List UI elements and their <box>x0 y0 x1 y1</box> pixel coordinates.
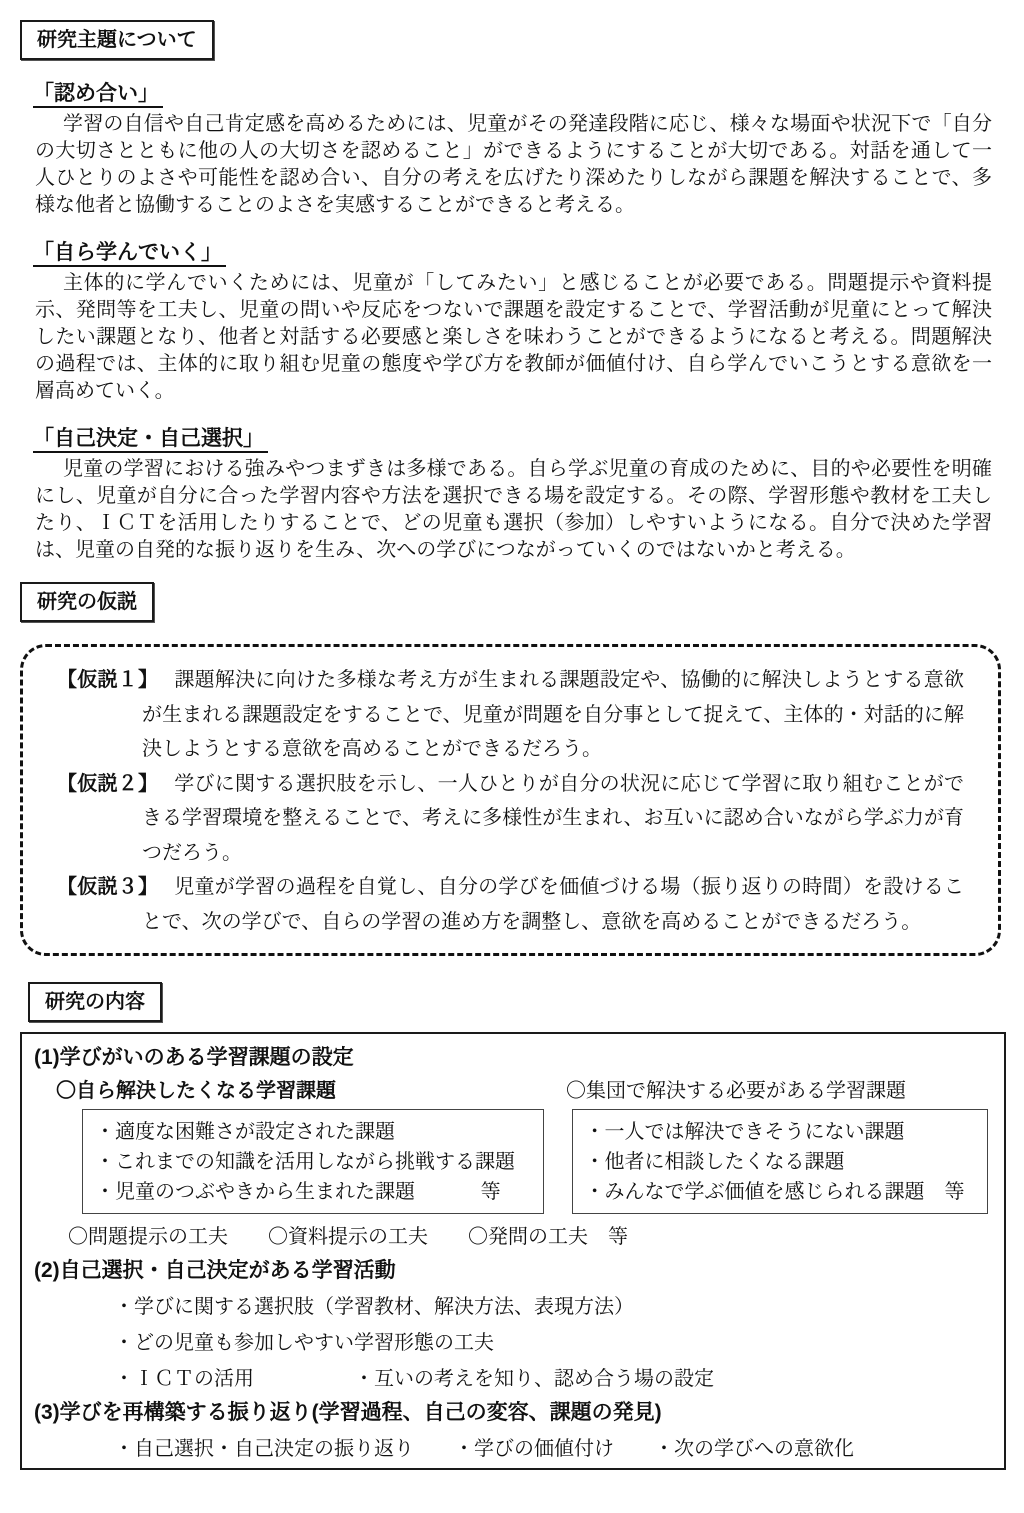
subheading-group-solve-tasks: 〇集団で解決する必要がある学習課題 <box>566 1078 906 1104</box>
heading-mutual-recognition: 「認め合い」 <box>33 80 1024 107</box>
self-solve-tasks-box: ・適度な困難さが設定された課題 ・これまでの知識を活用しながら挑戦する課題 ・児… <box>82 1109 544 1214</box>
hypothesis-1-label: 【仮説１】 <box>57 669 158 691</box>
devices-line: 〇問題提示の工夫 〇資料提示の工夫 〇発問の工夫 等 <box>68 1223 988 1251</box>
content-heading-3: (3)学びを再構築する振り返り(学習過程、自己の変容、課題の発見) <box>34 1399 988 1427</box>
list-item: ・自己選択・自己決定の振り返り ・学びの価値付け ・次の学びへの意欲化 <box>114 1436 988 1463</box>
content-heading-1: (1)学びがいのある学習課題の設定 <box>34 1044 988 1072</box>
task-subheadings-row: 〇自ら解決したくなる学習課題 〇集団で解決する必要がある学習課題 <box>56 1078 988 1104</box>
hypothesis-item-3: 【仮説３】児童が学習の過程を自覚し、自分の学びを価値づける場（振り返りの時間）を… <box>57 870 964 939</box>
list-item: ・児童のつぶやきから生まれた課題 等 <box>95 1177 529 1207</box>
section-title-box-hypothesis: 研究の仮説 <box>20 582 154 622</box>
hypothesis-box: 【仮説１】課題解決に向けた多様な考え方が生まれる課題設定や、協働的に解決しようと… <box>20 644 1001 956</box>
section-title-box-content: 研究の内容 <box>28 982 162 1022</box>
list-item: ・ＩＣＴの活用 ・互いの考えを知り、認め合う場の設定 <box>114 1366 988 1393</box>
paragraph-self-learning: 主体的に学んでいくためには、児童が「してみたい」と感じることが必要である。問題提… <box>35 270 992 405</box>
group-solve-tasks-box: ・一人では解決できそうにない課題 ・他者に相談したくなる課題 ・みんなで学ぶ価値… <box>572 1109 988 1214</box>
heading-mutual-recognition-label: 「認め合い」 <box>33 82 163 108</box>
heading-self-decision-label: 「自己決定・自己選択」 <box>33 427 268 453</box>
task-example-boxes: ・適度な困難さが設定された課題 ・これまでの知識を活用しながら挑戦する課題 ・児… <box>82 1109 988 1214</box>
heading-self-learning-label: 「自ら学んでいく」 <box>33 241 226 267</box>
list-item: ・みんなで学ぶ価値を感じられる課題 等 <box>585 1177 973 1207</box>
heading-self-decision: 「自己決定・自己選択」 <box>33 425 1024 452</box>
section-title-box-theme: 研究主題について <box>20 20 214 60</box>
hypothesis-3-label: 【仮説３】 <box>57 876 158 898</box>
list-item: ・他者に相談したくなる課題 <box>585 1147 973 1177</box>
section-title-content-label: 研究の内容 <box>45 991 145 1013</box>
list-item: ・学びに関する選択肢（学習教材、解決方法、表現方法） <box>114 1294 988 1321</box>
etc-label: 等 <box>481 1177 501 1207</box>
list-item: ・適度な困難さが設定された課題 <box>95 1117 529 1147</box>
content-heading-2: (2)自己選択・自己決定がある学習活動 <box>34 1257 988 1285</box>
hypothesis-2-label: 【仮説２】 <box>57 773 158 795</box>
list-item: ・どの児童も参加しやすい学習形態の工夫 <box>114 1330 988 1357</box>
subheading-self-solve-tasks: 〇自ら解決したくなる学習課題 <box>56 1078 566 1104</box>
list-item-text: ・児童のつぶやきから生まれた課題 <box>95 1177 415 1207</box>
research-content-box: (1)学びがいのある学習課題の設定 〇自ら解決したくなる学習課題 〇集団で解決す… <box>20 1032 1006 1470</box>
list-item: ・これまでの知識を活用しながら挑戦する課題 <box>95 1147 529 1177</box>
hypothesis-1-text: 課題解決に向けた多様な考え方が生まれる課題設定や、協働的に解決しようとする意欲が… <box>142 669 964 760</box>
list-item: ・一人では解決できそうにない課題 <box>585 1117 973 1147</box>
hypothesis-3-text: 児童が学習の過程を自覚し、自分の学びを価値づける場（振り返りの時間）を設けること… <box>142 876 964 933</box>
section-title-theme-label: 研究主題について <box>37 29 197 51</box>
hypothesis-item-2: 【仮説２】学びに関する選択肢を示し、一人ひとりが自分の状況に応じて学習に取り組む… <box>57 767 964 871</box>
paragraph-mutual-recognition: 学習の自信や自己肯定感を高めるためには、児童がその発達段階に応じ、様々な場面や状… <box>35 111 992 219</box>
hypothesis-2-text: 学びに関する選択肢を示し、一人ひとりが自分の状況に応じて学習に取り組むことができ… <box>142 773 964 864</box>
heading-self-learning: 「自ら学んでいく」 <box>33 239 1024 266</box>
document-page: 研究主題について 「認め合い」 学習の自信や自己肯定感を高めるためには、児童がそ… <box>0 0 1024 1513</box>
section-title-hypothesis-label: 研究の仮説 <box>37 591 137 613</box>
hypothesis-item-1: 【仮説１】課題解決に向けた多様な考え方が生まれる課題設定や、協働的に解決しようと… <box>57 663 964 767</box>
paragraph-self-decision: 児童の学習における強みやつまずきは多様である。自ら学ぶ児童の育成のために、目的や… <box>35 456 992 564</box>
